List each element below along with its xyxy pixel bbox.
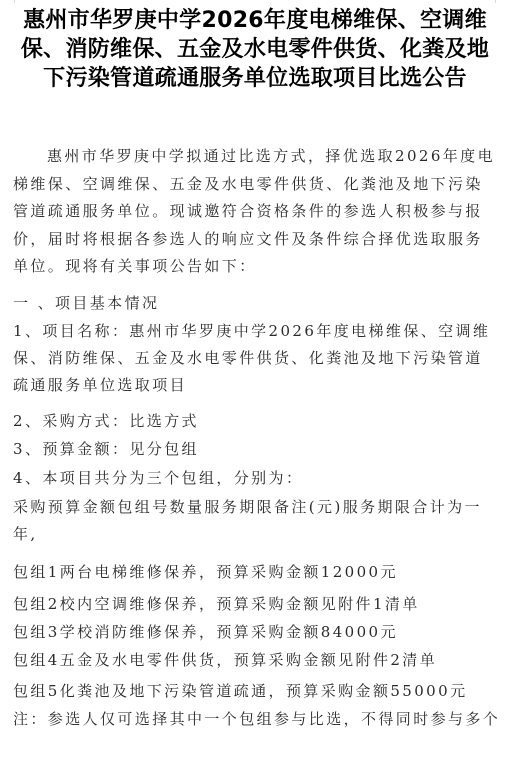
item-packages-intro: 4、本项目共分为三个包组，分别为： [13,465,495,492]
table-header-text: 采购预算金额包组号数量服务期限备注(元)服务期限合计为一年, [13,494,495,548]
item-project-name: 1、项目名称：惠州市华罗庚中学2026年度电梯维保、空调维保、消防维保、五金及水… [13,318,495,399]
package-5: 包组5化粪池及地下污染管道疏通，预算采购金额55000元 [13,678,495,705]
package-3: 包组3学校消防维修保养，预算采购金额84000元 [13,619,495,646]
note-text: 注：参选人仅可选择其中一个包组参与比选，不得同时参与多个 [13,706,495,733]
section-heading: 一 、项目基本情况 [13,290,495,317]
frame-corner-right [495,0,506,3]
item-procurement-method: 2、采购方式：比选方式 [13,408,495,435]
document-title: 惠州市华罗庚中学2026年度电梯维保、空调维保、消防维保、五金及水电零件供货、化… [10,6,500,93]
frame-corner-left [0,0,15,3]
intro-paragraph-container: 惠州市华罗庚中学拟通过比选方式，择优选取2026年度电梯维保、空调维保、五金及水… [13,143,495,281]
package-4: 包组4五金及水电零件供货，预算采购金额见附件2清单 [13,647,495,674]
item-budget: 3、预算金额：见分包组 [13,436,495,463]
package-2: 包组2校内空调维修保养，预算采购金额见附件1清单 [13,591,495,618]
intro-paragraph: 惠州市华罗庚中学拟通过比选方式，择优选取2026年度电梯维保、空调维保、五金及水… [13,143,495,281]
package-1: 包组1两台电梯维修保养，预算采购金额12000元 [13,559,495,586]
